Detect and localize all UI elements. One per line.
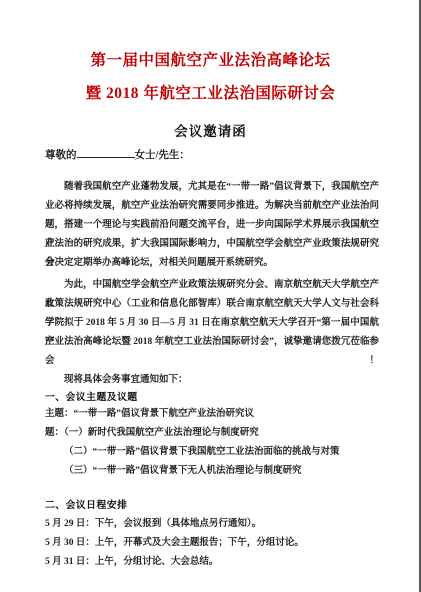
text-line: 随着我国航空产业蓬勃发展，尤其是在“一带一路”倡议背景下，我国航空产	[45, 178, 379, 197]
page-title-line1: 第一届中国航空产业法治高峰论坛	[0, 48, 421, 70]
text-line: 5 月 31 日：上午，分组讨论、大会总结。	[45, 553, 379, 572]
text-line: 主题：“一带一路”倡议背景下航空产业法治研究议	[45, 405, 379, 424]
notice-line: 现将具体会务事宜通知如下：	[45, 371, 379, 390]
name-blank-underline	[77, 146, 135, 158]
text-line: 5 月 30 日：上午，开幕式及大会主题报告；下午，分组讨论。	[45, 534, 379, 553]
paragraph-invitation: 为此，中国航空学会航空产业政策法规研究分会、南京航空航天大学航空产业政策法规研究…	[45, 276, 379, 352]
text-line: 题，搭建一个理论与实践前沿问题交流平台，进一步向国际学术界展示我国航空产	[45, 216, 379, 235]
doc-subtitle: 会议邀请函	[0, 120, 421, 140]
greeting-line: 尊敬的女士/先生：	[45, 146, 190, 162]
greeting-suffix: 女士/先生：	[135, 150, 190, 161]
paragraph-notice: 现将具体会务事宜通知如下：	[45, 371, 379, 390]
text-line: 题：（一）新时代我国航空产业法治理论与制度研究	[45, 424, 379, 443]
text-line: 业必将持续发展，航空产业法治研究需要同步推进。为解决当前航空产业法治问	[45, 197, 379, 216]
page-edge-line	[419, 0, 421, 592]
page-title-line2: 暨 2018 年航空工业法治国际研讨会	[0, 81, 421, 103]
text-line: （三）“一带一路”倡议背景下无人机法治理论与制度研究	[45, 462, 379, 481]
text-line: 会决定定期举办高峰论坛，对相关问题展开系统研究。	[45, 254, 379, 273]
section2-heading: 二、会议日程安排	[45, 497, 127, 511]
section1-topic-lines: 主题：“一带一路”倡议背景下航空产业法治研究议题：（一）新时代我国航空产业法治理…	[45, 405, 379, 443]
text-line: 产业法治高峰论坛暨 2018 年航空工业法治国际研讨会”，诚挚邀请您拨冗莅临参会…	[45, 333, 379, 352]
text-line: （二）“一带一路”倡议背景下我国航空工业法治面临的挑战与对策	[45, 443, 379, 462]
greeting-prefix: 尊敬的	[45, 150, 77, 161]
text-line: 学院拟于 2018 年 5 月 30 日—5 月 31 日在南京航空航天大学召开…	[45, 314, 379, 333]
text-line: 政策法规研究中心（工业和信息化部智库）联合南京航空航天大学人文与社会科学	[45, 295, 379, 314]
paragraph-intro: 随着我国航空产业蓬勃发展，尤其是在“一带一路”倡议背景下，我国航空产业必将持续发…	[45, 178, 379, 273]
section1-heading: 一、会议主题及议题	[45, 389, 138, 403]
section1-item-lines: （二）“一带一路”倡议背景下我国航空工业法治面临的挑战与对策（三）“一带一路”倡…	[45, 443, 379, 481]
invitation-letter-page: 第一届中国航空产业法治高峰论坛 暨 2018 年航空工业法治国际研讨会 会议邀请…	[0, 0, 421, 592]
section2-schedule-lines: 5 月 29 日：下午，会议报到（具体地点另行通知）。5 月 30 日：上午，开…	[45, 515, 379, 572]
text-line: 为此，中国航空学会航空产业政策法规研究分会、南京航空航天大学航空产业	[45, 276, 379, 295]
text-line: 业法治的研究成果，扩大我国国际影响力，中国航空学会航空产业政策法规研究分	[45, 235, 379, 254]
text-line: 5 月 29 日：下午，会议报到（具体地点另行通知）。	[45, 515, 379, 534]
